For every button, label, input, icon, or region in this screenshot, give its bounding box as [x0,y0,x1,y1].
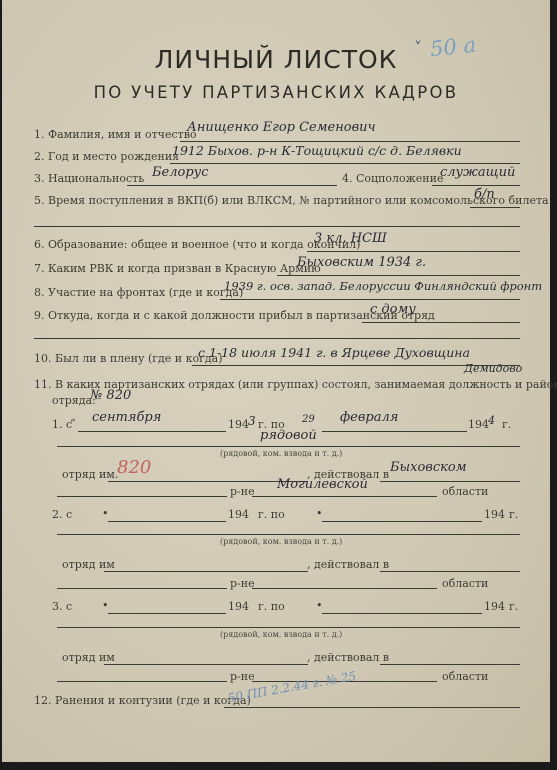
period-2-region-label: области [442,577,488,590]
field-3-label: 3. Национальность [34,172,144,185]
period-2-position-hint: (рядовой, ком. взвода и т. д.) [220,537,342,546]
field-8-line [220,299,520,300]
personnel-form-sheet: ЛИЧНЫЙ ЛИСТОК ˅ 50 а ПО УЧЕТУ ПАРТИЗАНСК… [2,0,550,762]
field-1-line [180,141,520,142]
field-2-line [170,163,520,164]
field-6-line [307,251,520,252]
period-3-to-year-prefix: 194 [484,600,505,613]
period-3-from-year-prefix: 194 [228,600,249,613]
period-3-number: 3. с [52,600,72,613]
field-3-line [127,185,337,186]
field-10-value: с 1-18 июля 1941 г. в Ярцеве Духовщина [198,345,470,360]
field-6-label: 6. Образование: общее и военное (что и к… [34,238,360,251]
period-1-position-hint: (рядовой, ком. взвода и т. д.) [220,449,342,458]
field-11-value: № 820 [90,388,131,403]
period-3-district-label: р-не [230,670,255,683]
period-2-from-year-prefix: 194 [228,508,249,521]
field-8-label: 8. Участие на фронтах (где и когда) [34,286,243,299]
period-1-to-month: февраля [340,410,398,425]
period-1-region-label: области [442,485,488,498]
field-10-label: 10. Был ли в плену (где и когда) [34,352,223,365]
field-5-value: б/п [474,187,495,202]
form-subtitle: ПО УЧЕТУ ПАРТИЗАНСКИХ КАДРОВ [2,83,550,102]
field-4-line [432,185,520,186]
period-2-district-label: р-не [230,577,255,590]
period-1-acted-value: Быховском [390,460,467,475]
field-2-value: 1912 Быхов. р-н К-Тощицкий с/с д. Белявк… [172,143,462,158]
field-9-continuation-line [34,338,520,339]
field-7-line [277,275,520,276]
period-2-to-year-prefix: 194 [484,508,505,521]
period-1-to-day: 29 [302,414,315,425]
field-1-label: 1. Фамилия, имя и отчество [34,128,197,141]
field-6-value: 3 кл. НСШ [314,231,387,246]
field-5-continuation-line [34,226,520,227]
period-2-year-suffix: г. [509,508,518,521]
period-3-year-suffix: г. [509,600,518,613]
period-1-region-value: Могилевской [277,477,368,492]
field-7-label: 7. Каким РВК и когда призван в Красную А… [34,262,321,275]
field-2-label: 2. Год и место рождения [34,150,179,163]
period-1-from-year: 3 [248,414,256,428]
period-1-from-month: сентября [92,410,161,425]
period-1-district-label: р-не [230,485,255,498]
period-1-to-year: 4 [488,414,495,427]
field-1-value: Анищенко Егор Семенович [187,120,376,135]
field-8-value: 1939 г. осв. запад. Белоруссии Финляндск… [224,279,542,293]
field-5-line [470,207,520,208]
period-2-number: 2. с [52,508,72,521]
period-3-unit-label: отряд им [62,651,115,664]
field-7-value: Быховским 1934 г. [297,255,426,270]
period-2-unit-label: отряд им [62,558,115,571]
field-9-value: с дому [370,302,416,317]
period-3-position-hint: (рядовой, ком. взвода и т. д.) [220,630,342,639]
field-4-label: 4. Соцположение [342,172,443,185]
field-9-line [362,322,520,323]
field-5-label: 5. Время поступления в ВКП(б) или ВЛКСМ,… [34,194,549,207]
period-1-year-suffix: г. [502,418,511,431]
archive-mark: 50 а [429,33,477,62]
field-12-line [224,707,520,708]
period-3-region-label: области [442,670,488,683]
period-2-acted-label: , действовал в [307,558,389,571]
field-4-value: служащий [440,165,515,180]
field-3-value: Белорус [152,165,209,180]
period-1-unit-label: отряд им. [62,468,118,481]
period-2-to-label: г. по [258,508,285,521]
period-1-from-year-prefix: 194 [228,418,249,431]
period-3-to-label: г. по [258,600,285,613]
field-12-label: 12. Ранения и контузии (где и когда) [34,694,251,707]
period-3-acted-label: , действовал в [307,651,389,664]
period-1-to-year-prefix: 194 [468,418,489,431]
period-1-position: рядовой [260,428,317,443]
check-mark: ˅ [414,38,422,57]
period-1-unit-value: 820 [117,457,151,478]
field-10-value-extra: Демидово [464,362,522,375]
